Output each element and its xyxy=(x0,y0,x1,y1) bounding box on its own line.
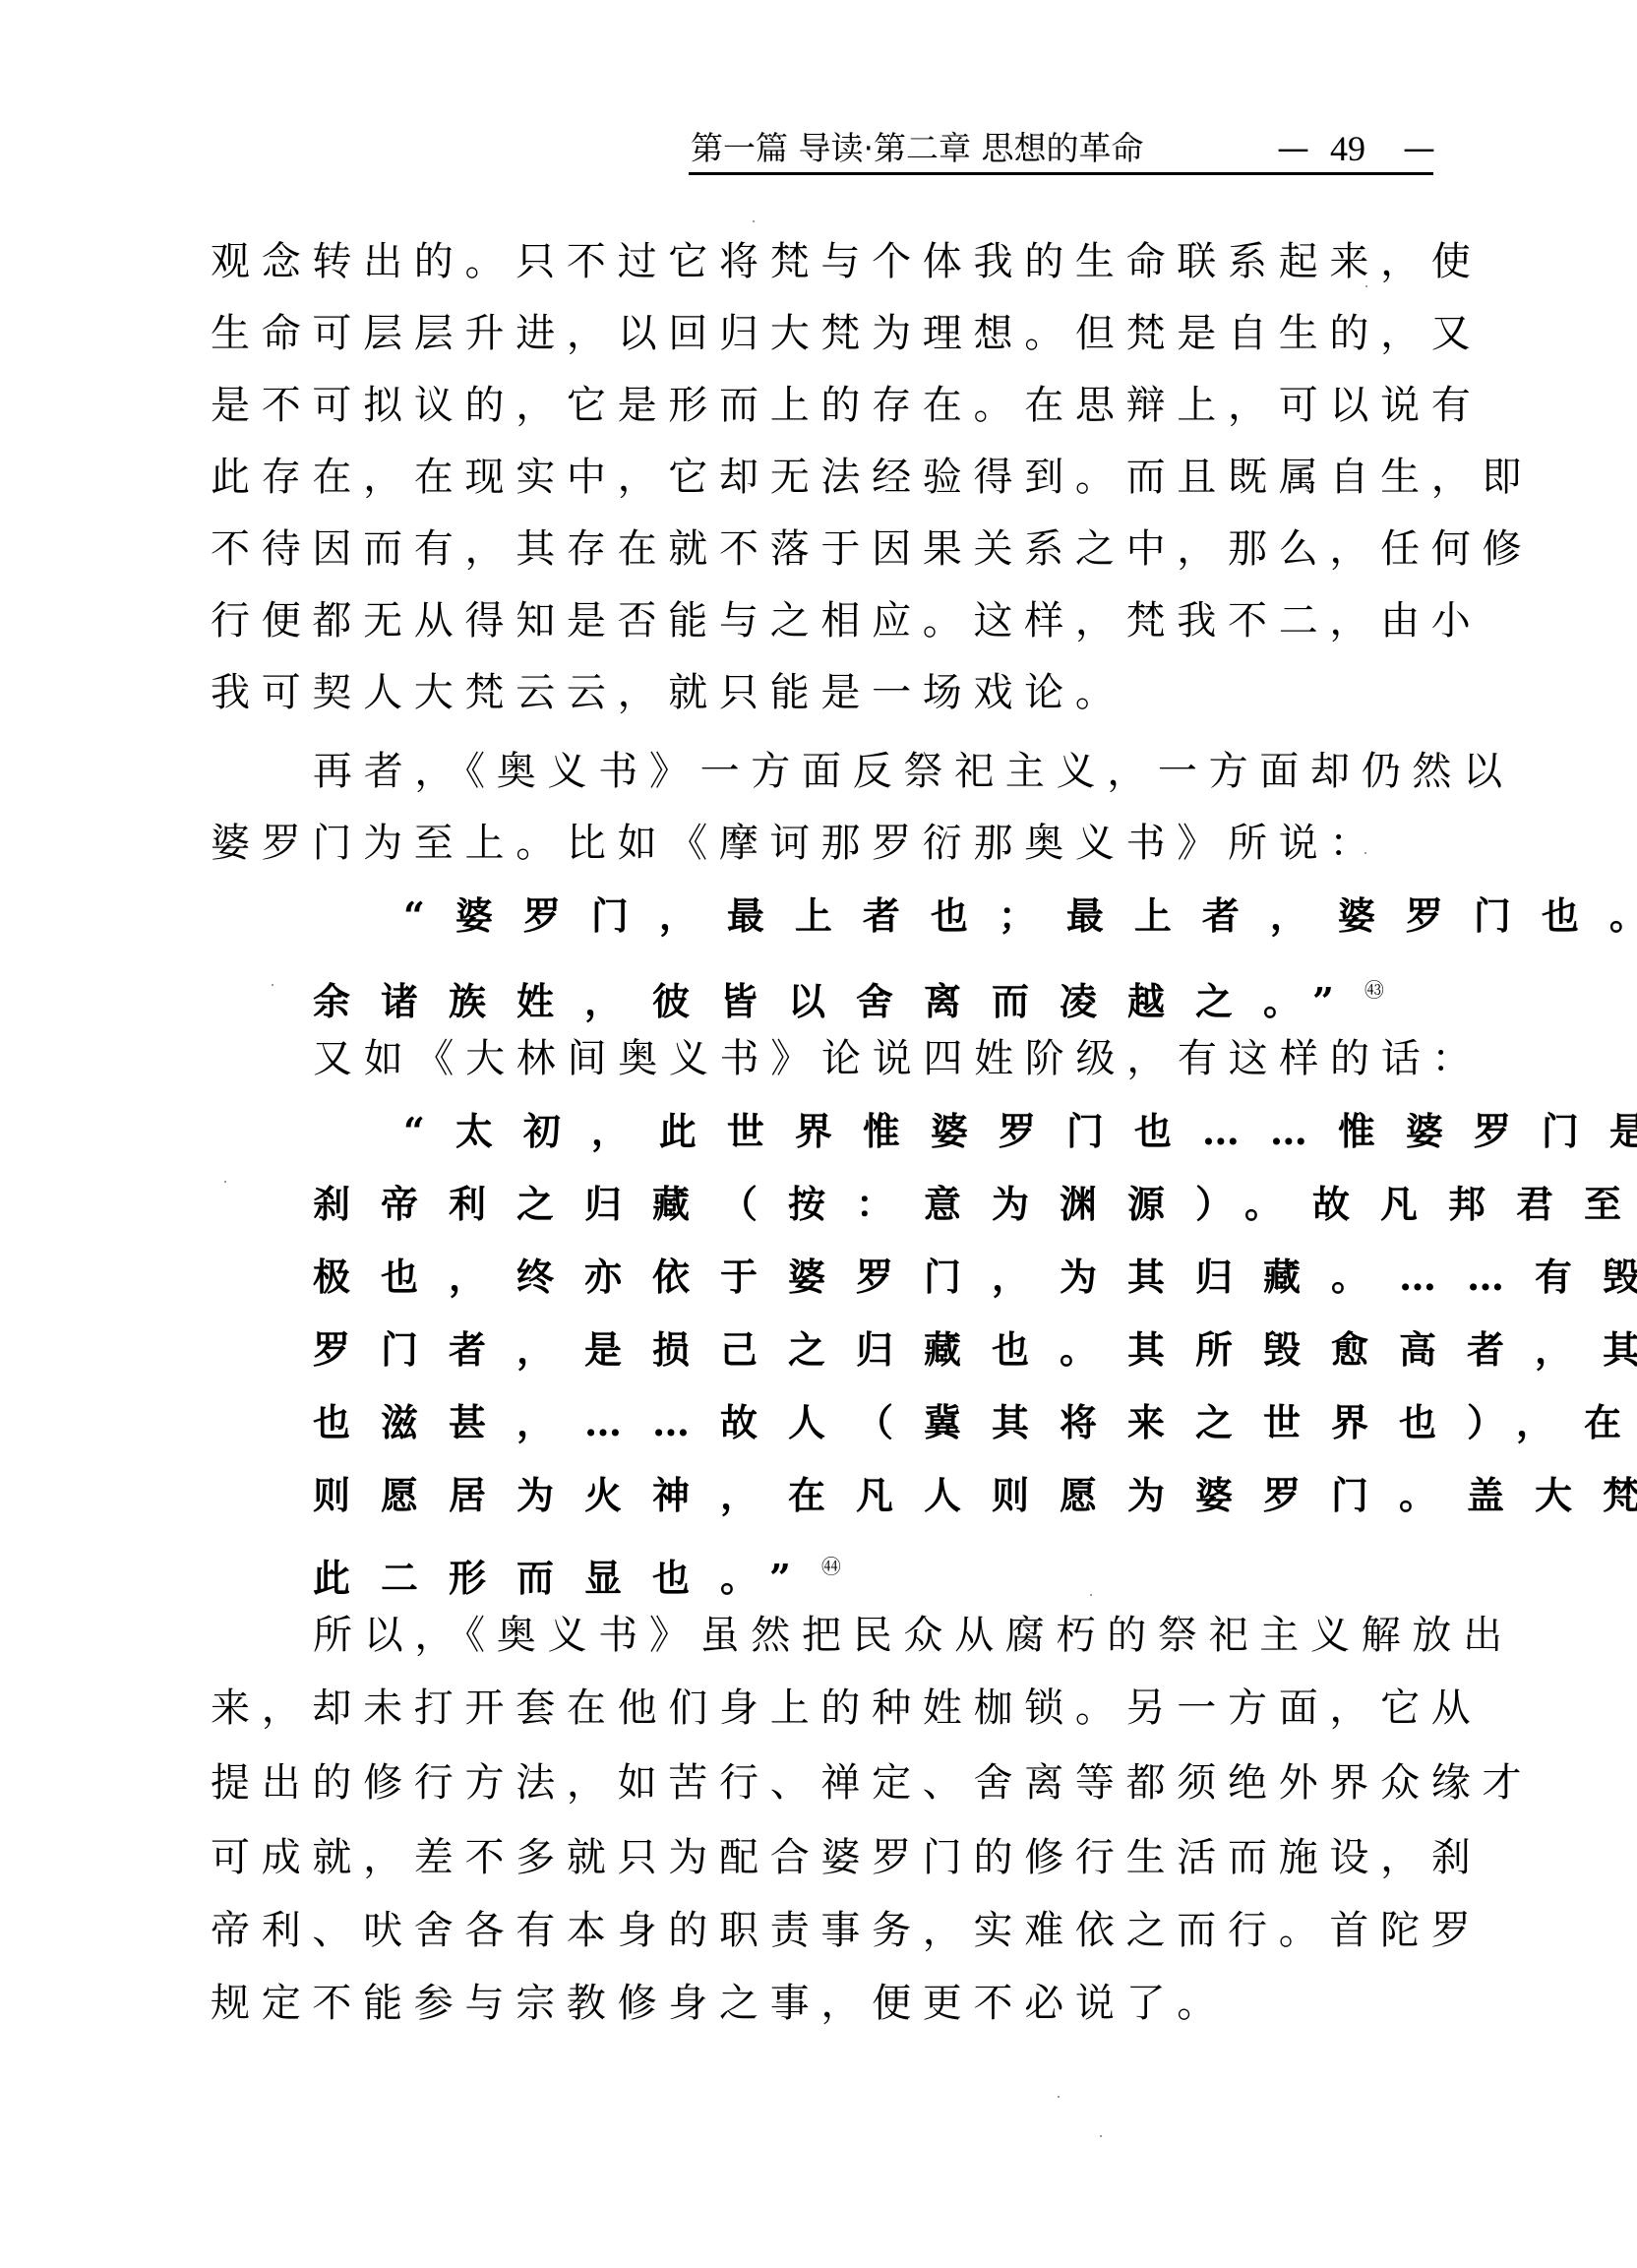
body-line: 可成就，差不多就只为配合婆罗门的修行生活而施设，刹 xyxy=(211,1832,1483,1883)
body-line: 所以，《奥义书》虽然把民众从腐朽的祭祀主义解放出 xyxy=(313,1610,1514,1661)
body-line: 提出的修行方法，如苦行、禅定、舍离等都须绝外界众缘才 xyxy=(211,1757,1533,1808)
quote-text: 余诸族姓，彼皆以舍离而凌越之。” xyxy=(313,979,1364,1023)
body-line: 规定不能参与宗教修身之事，便更不必说了。 xyxy=(211,1978,1228,2029)
header-rule xyxy=(689,172,1433,175)
body-line: 我可契人大梵云云，就只能是一场戏论。 xyxy=(211,667,1126,718)
quote-text: 此二形而显也。” xyxy=(313,1556,821,1600)
quote-line: 余诸族姓，彼皆以舍离而凌越之。”㊸ xyxy=(313,964,1384,1015)
scan-speck xyxy=(224,1181,226,1183)
body-line: 又如《大林间奥义书》论说四姓阶级，有这样的话： xyxy=(313,1033,1483,1084)
body-line: 是不可拟议的，它是形而上的存在。在思辩上，可以说有 xyxy=(211,380,1483,431)
book-page: 第一篇 导读·第二章 思想的革命 — 49 — 观念转出的。只不过它将梵与个体我… xyxy=(0,0,1637,2268)
body-line: 行便都无从得知是否能与之相应。这样，梵我不二，由小 xyxy=(211,595,1483,646)
quote-line: 极也，终亦依于婆罗门，为其归藏。……有毁婆 xyxy=(313,1252,1637,1303)
body-line: 生命可层层升进，以回归大梵为理想。但梵是自生的，又 xyxy=(211,308,1483,359)
body-line: 此存在，在现实中，它却无法经验得到。而且既属自生，即 xyxy=(211,452,1533,503)
scan-speck xyxy=(1090,1594,1092,1596)
quote-line: “婆罗门，最上者也；最上者，婆罗门也。其 xyxy=(403,890,1637,942)
page-number-dash-left: — xyxy=(1277,126,1309,171)
chapter-title: 第一篇 导读·第二章 思想的革命 xyxy=(691,126,1143,171)
quote-line: 罗门者，是损己之归藏也。其所毁愈高者，其罪 xyxy=(313,1324,1637,1376)
body-line: 帝利、吠舍各有本身的职责事务，实难依之而行。首陀罗 xyxy=(211,1905,1483,1956)
scan-speck xyxy=(753,220,755,222)
scan-speck xyxy=(1365,285,1367,287)
scan-speck xyxy=(1100,2135,1102,2137)
page-number-dash-right: — xyxy=(1403,126,1435,171)
quote-line: 刹帝利之归藏（按：意为渊源）。故凡邦君至于尊 xyxy=(313,1179,1637,1230)
body-line: 再者，《奥义书》一方面反祭祀主义，一方面却仍然以 xyxy=(313,746,1514,797)
scan-speck xyxy=(1058,2096,1060,2098)
footnote-marker: ㊸ xyxy=(1364,978,1384,1002)
quote-line: 也滋甚，……故人（冀其将来之世界也），在诸天 xyxy=(313,1397,1637,1448)
body-line: 来，却未打开套在他们身上的种姓枷锁。另一方面，它从 xyxy=(211,1683,1483,1734)
quote-line: 则愿居为火神，在凡人则愿为婆罗门。盖大梵以 xyxy=(313,1470,1637,1521)
body-line: 婆罗门为至上。比如《摩诃那罗衍那奥义书》所说： xyxy=(211,818,1380,869)
body-line: 观念转出的。只不过它将梵与个体我的生命联系起来，使 xyxy=(211,236,1483,287)
page-number: 49 xyxy=(1330,126,1365,171)
body-line: 不待因而有，其存在就不落于因果关系之中，那么，任何修 xyxy=(211,523,1533,575)
quote-line: 此二形而显也。”㊹ xyxy=(313,1541,841,1592)
scan-speck xyxy=(272,984,273,986)
scan-speck xyxy=(1364,852,1366,854)
running-header: 第一篇 导读·第二章 思想的革命 — 49 — xyxy=(689,126,1433,171)
footnote-marker: ㊹ xyxy=(821,1555,841,1578)
quote-line: “太初，此世界惟婆罗门也……惟婆罗门是 xyxy=(403,1106,1637,1157)
